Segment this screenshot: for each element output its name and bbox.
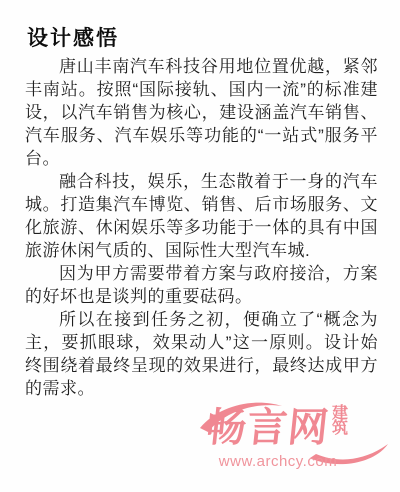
watermark-badge: 建 筑 [332,406,348,436]
paragraph-4: 所以在接到任务之初，便确立了“概念为主，要抓眼球，效果动人”这一原则。设计始终围… [25,308,378,400]
watermark-badge-char-1: 建 [332,406,348,421]
watermark-url: www.archcy.com [198,453,358,470]
paragraph-3: 因为甲方需要带着方案与政府接洽，方案的好坏也是谈判的重要砝码。 [25,262,378,308]
site-watermark: 畅言网 建 筑 www.archcy.com [198,398,394,476]
watermark-logo-text: 畅言网 [204,406,332,450]
article-body: 唐山丰南汽车科技谷用地位置优越，紧邻丰南站。按照“国际接轨、国内一流”的标准建设… [25,55,378,400]
paragraph-1: 唐山丰南汽车科技谷用地位置优越，紧邻丰南站。按照“国际接轨、国内一流”的标准建设… [25,55,378,170]
page-title: 设计感悟 [27,22,119,52]
watermark-swoosh-icon [198,398,394,476]
paragraph-2: 融合科技，娱乐，生态散着于一身的汽车城。打造集汽车博览、销售、后市场服务、文化旅… [25,170,378,262]
watermark-logo: 畅言网 建 筑 [206,406,348,450]
document-page: { "page": { "background": "#fefefe", "te… [0,0,400,492]
watermark-badge-char-2: 筑 [332,421,348,436]
